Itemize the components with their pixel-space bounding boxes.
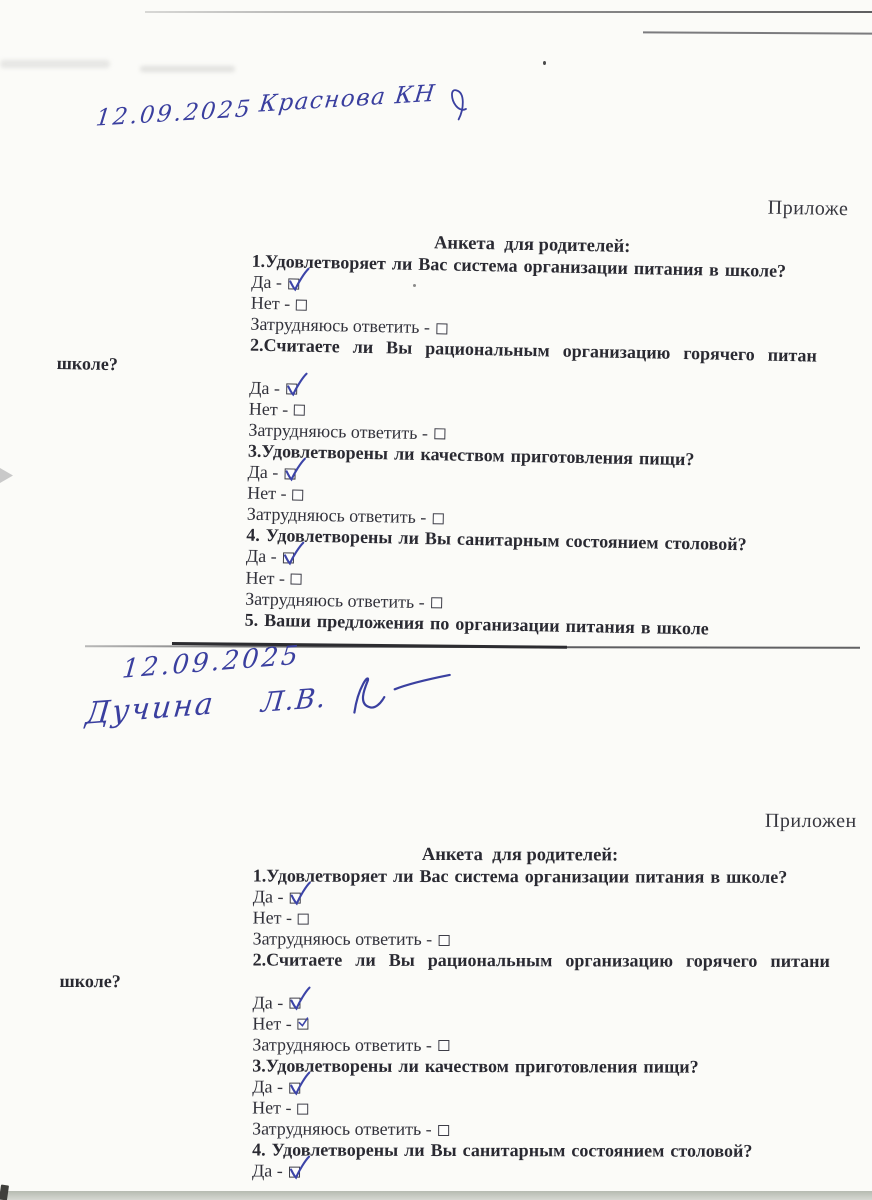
pen-check-icon (286, 985, 312, 1011)
signature-flourish (441, 84, 477, 126)
scan-artifact-top-line-2 (643, 31, 872, 34)
handwritten-initials: Л.В. (260, 682, 328, 718)
option-label: Затрудняюсь ответить - (252, 1034, 432, 1054)
corner-label: Приложен (765, 810, 857, 833)
option-line: Нет - (60, 907, 872, 930)
handwritten-surname: Дучина (84, 686, 216, 732)
scanned-page: 12.09.2025 Краснова КН Приложе Анкета дл… (0, 0, 872, 1200)
checkbox-checked (298, 1019, 309, 1030)
handwritten-name: Краснова КН (258, 81, 438, 118)
option-line: Нет - (59, 1097, 871, 1120)
option-label: Нет - (251, 293, 291, 314)
checkbox-empty (298, 1103, 309, 1114)
option-line: Да - (59, 1076, 871, 1099)
pen-check-icon (286, 1153, 312, 1179)
checkbox-checked (283, 552, 294, 563)
option-label: Да - (253, 887, 284, 907)
pen-check-icon (283, 370, 309, 396)
option-line: Да - (60, 886, 872, 909)
option-line: Затрудняюсь ответить - (59, 1118, 871, 1141)
option-label: Да - (246, 546, 277, 567)
checkbox-empty (436, 323, 447, 334)
option-label: Затрудняюсь ответить - (248, 420, 428, 443)
checkbox-checked (289, 1082, 300, 1093)
checkbox-checked (284, 468, 295, 479)
option-line: Нет - (59, 1013, 871, 1036)
option-label: Да - (252, 1077, 283, 1097)
checkbox-empty (432, 513, 443, 524)
checkbox-checked (286, 384, 297, 395)
option-line: Затрудняюсь ответить - (59, 1034, 871, 1057)
checkbox-empty (431, 597, 442, 608)
scan-smudge (0, 60, 110, 68)
pen-check-icon (298, 1017, 310, 1029)
scan-edge-mark (0, 468, 13, 483)
question-text: 4. Удовлетворены ли Вы санитарным состоя… (59, 1139, 871, 1162)
checkbox-checked (289, 892, 300, 903)
checkbox-empty (296, 299, 307, 310)
checkbox-checked (288, 278, 299, 289)
option-label: Да - (252, 992, 283, 1012)
option-line: Да - (59, 1160, 871, 1183)
checkbox-empty (434, 429, 445, 440)
pen-check-icon (286, 879, 312, 905)
checkbox-empty (294, 405, 305, 416)
option-line: Затрудняюсь ответить - (60, 928, 872, 951)
questionnaire-2: Приложен Анкета для родителей: 1.Удовлет… (59, 800, 872, 1184)
option-label: Да - (251, 272, 282, 293)
option-label: Нет - (253, 908, 292, 928)
scan-artifact-top-line (145, 11, 872, 13)
question-text: 3.Удовлетворены ли качеством приготовлен… (59, 1055, 871, 1078)
question-continuation: школе? (59, 971, 871, 994)
option-label: Затрудняюсь ответить - (245, 588, 425, 611)
handwritten-date: 12.09.2025 (94, 96, 253, 132)
form-title: Анкета для родителей: (422, 845, 872, 867)
scan-smudge (140, 66, 235, 72)
pen-check-icon (286, 1069, 312, 1095)
option-label: Затрудняюсь ответить - (252, 1119, 432, 1139)
option-label: Нет - (245, 567, 285, 588)
corner-label: Приложе (768, 197, 849, 222)
option-line: Да - (59, 992, 871, 1015)
pen-check-icon (285, 265, 311, 291)
option-label: Нет - (252, 1098, 291, 1118)
checkbox-checked (289, 998, 300, 1009)
signature-flourish (337, 658, 541, 734)
checkbox-empty (438, 1040, 449, 1051)
questionnaire-1: Приложе Анкета для родителей: 1.Удовлетв… (52, 190, 872, 642)
option-label: Нет - (247, 483, 287, 504)
option-label: Затрудняюсь ответить - (253, 929, 433, 949)
option-label: Да - (252, 1161, 283, 1181)
checkbox-empty (298, 913, 309, 924)
pen-check-icon (281, 455, 307, 481)
checkbox-empty (291, 574, 302, 585)
option-label: Затрудняюсь ответить - (250, 314, 430, 337)
handwritten-date: 12.09.2025 (121, 640, 302, 684)
checkbox-empty (438, 935, 449, 946)
option-label: Нет - (252, 1013, 291, 1033)
checkbox-checked (289, 1167, 300, 1178)
option-label: Да - (249, 377, 280, 398)
option-label: Нет - (249, 398, 289, 419)
form-body: 1.Удовлетворяет ли Вас система организац… (59, 865, 872, 1184)
checkbox-empty (292, 489, 303, 500)
option-label: Затрудняюсь ответить - (247, 504, 427, 527)
checkbox-empty (438, 1125, 449, 1136)
question-text: 2.Считаете ли Вы рациональным организаци… (60, 949, 872, 972)
scan-bottom-strip (0, 1191, 872, 1200)
question-text: 1.Удовлетворяет ли Вас система организац… (60, 865, 872, 888)
option-label: Да - (247, 462, 278, 483)
form-body: 1.Удовлетворяет ли Вас система организац… (52, 247, 871, 642)
pen-check-icon (280, 539, 306, 565)
